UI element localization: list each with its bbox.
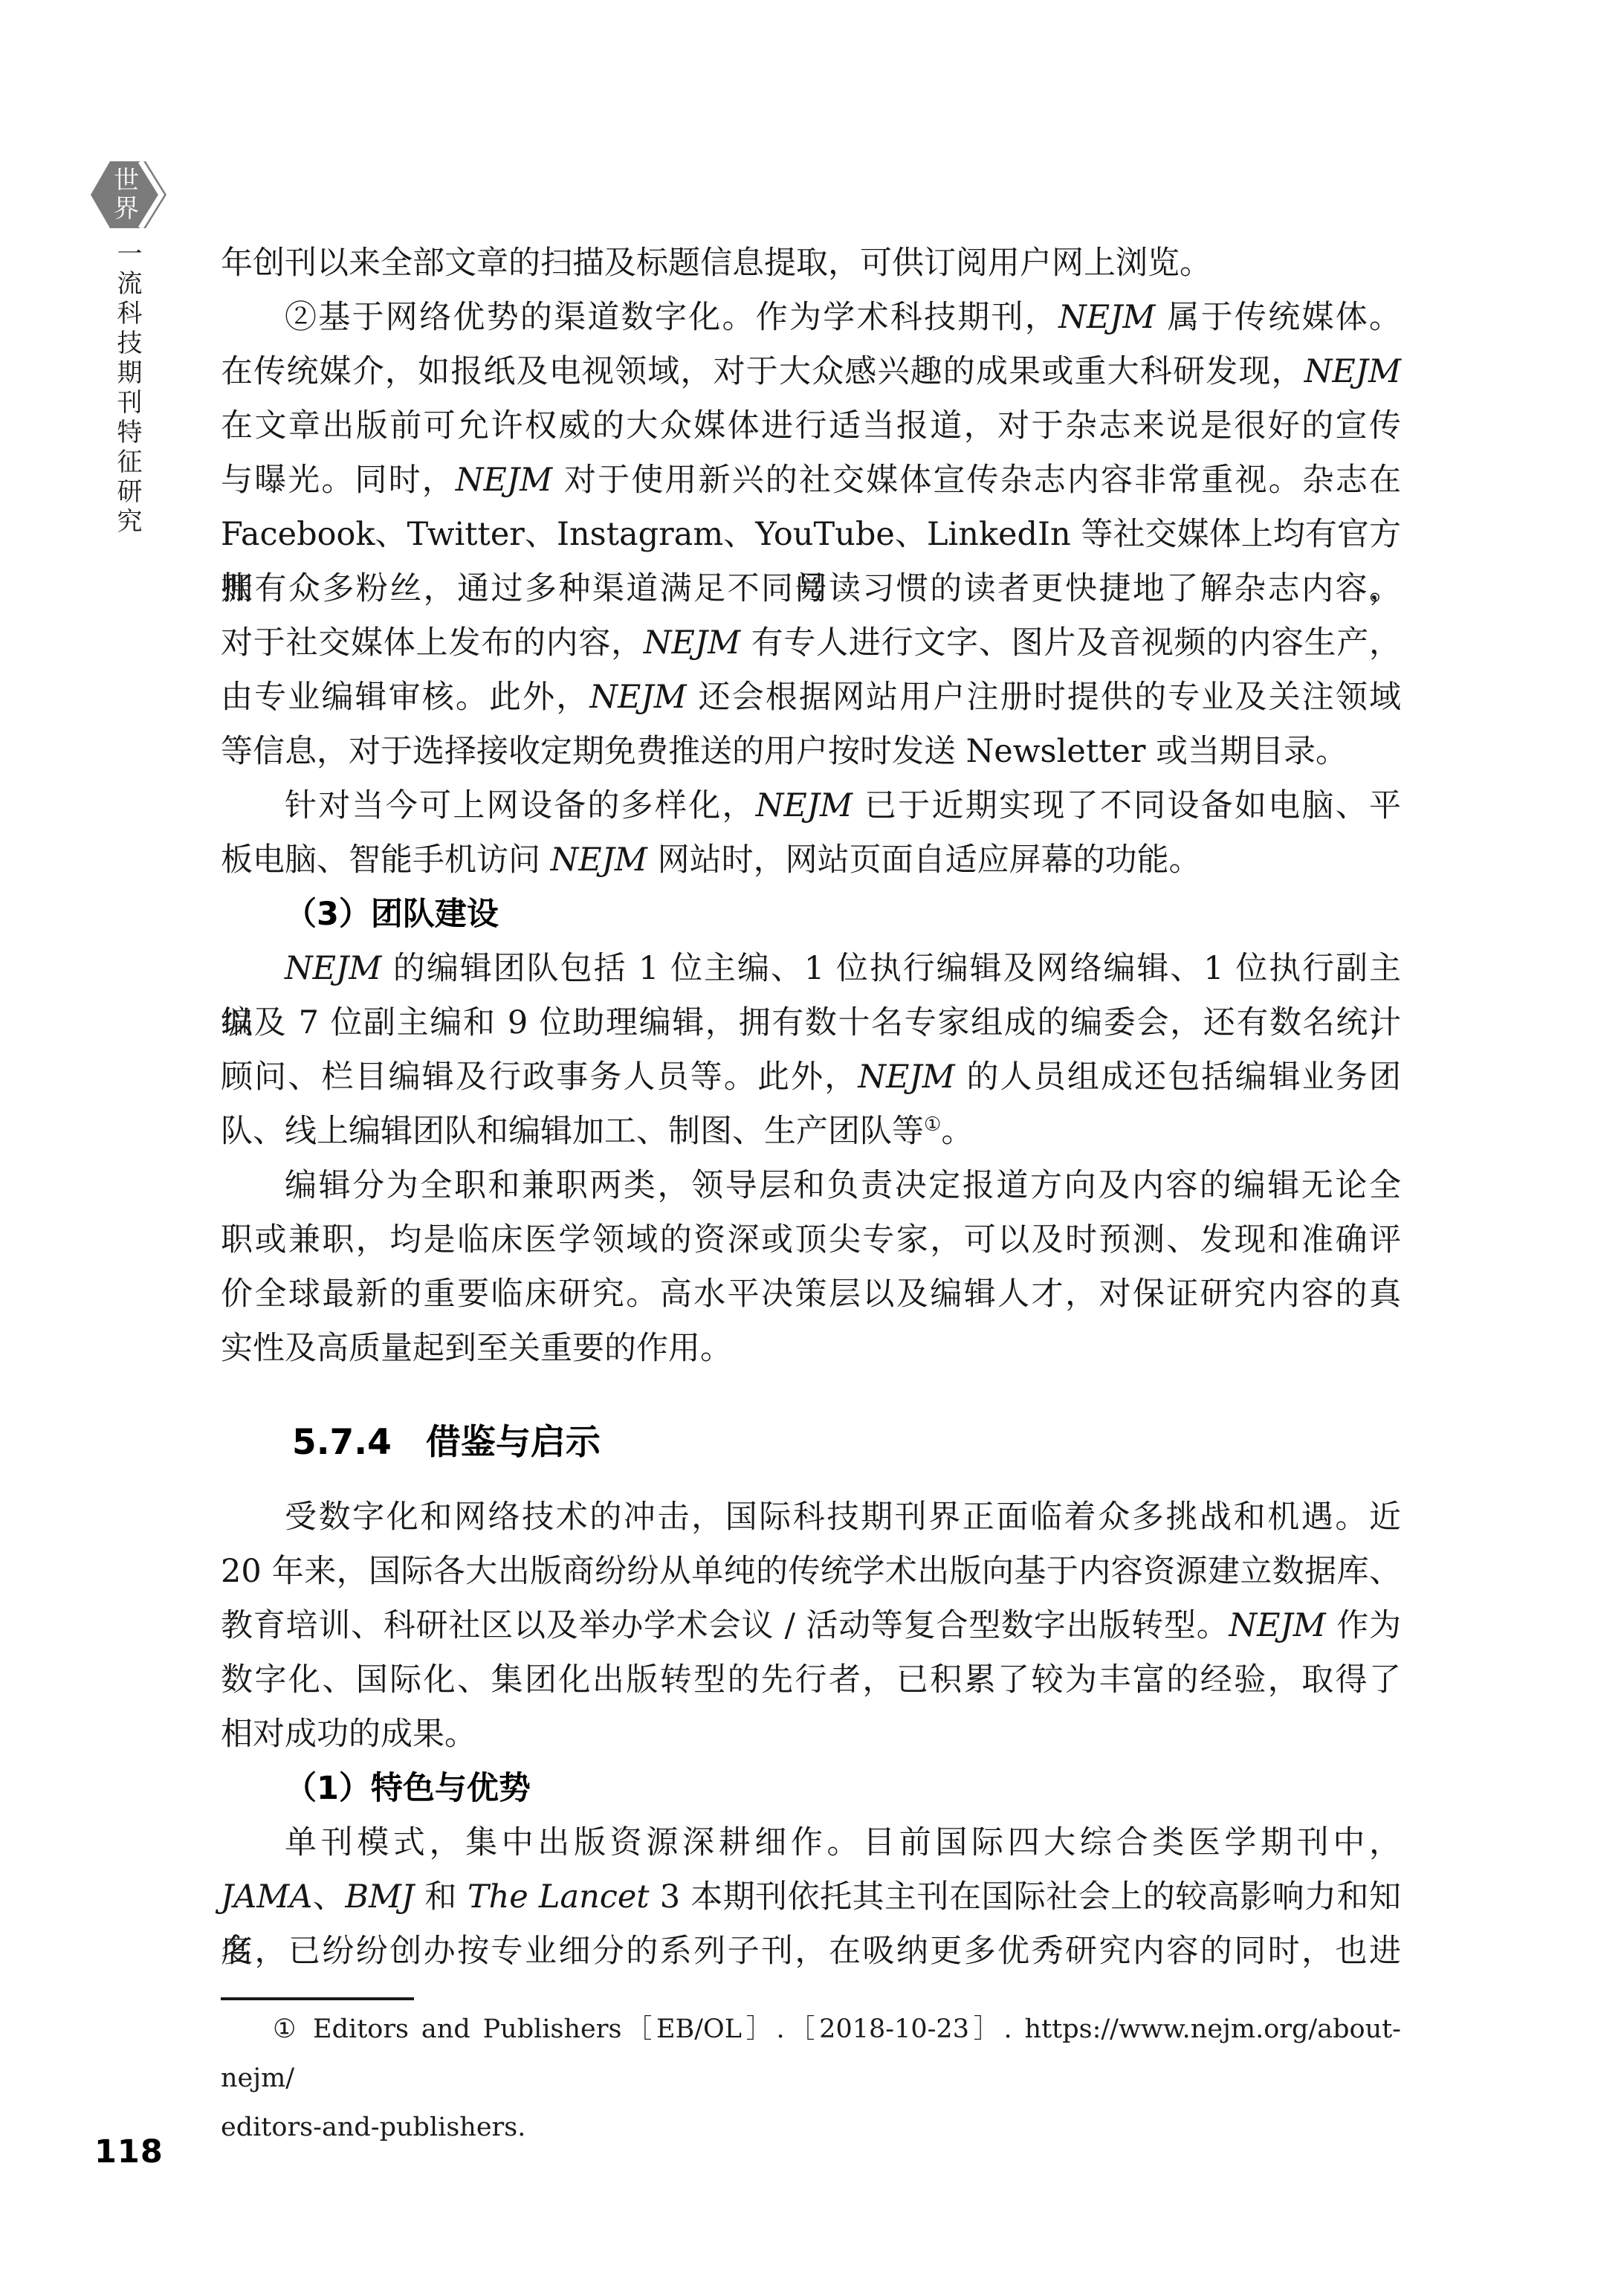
text-run: 对于社交媒体上发布的内容， [221,624,644,662]
text-run: 的人员组成还包括编辑业务团 [955,1058,1401,1096]
text-run: 受数字化和网络技术的冲击，国际科技期刊界正面临着众多挑战和机遇。近 [285,1499,1401,1536]
text-run: ②基于网络优势的渠道数字化。作为学术科技期刊， [285,299,1058,336]
text-line: 针对当今可上网设备的多样化，NEJM 已于近期实现了不同设备如电脑、平 [221,779,1401,833]
journal-title-italic: NEJM [589,679,686,716]
text-run: 针对当今可上网设备的多样化， [285,787,756,824]
text-run: 在文章出版前可允许权威的大众媒体进行适当报道，对于杂志来说是很好的宣传 [221,407,1401,445]
text-run: 以及 7 位副主编和 9 位助理编辑，拥有数十名专家组成的编委会，还有数名统计 [221,1004,1401,1041]
text-run: 网站时，网站页面自适应屏幕的功能。 [647,841,1201,879]
footnote-divider [221,1997,414,2000]
footnote-ref-mark: ① [924,1113,941,1136]
text-run: 、 [312,1878,345,1916]
text-line: 编辑分为全职和兼职两类，领导层和负责决定报道方向及内容的编辑无论全 [221,1159,1401,1213]
text-line: JAMA、BMJ 和 The Lancet 3 本期刊依托其主刊在国际社会上的较… [221,1870,1401,1924]
text-run: 属于传统媒体。 [1155,299,1401,336]
text-run: 板电脑、智能手机访问 [221,841,551,879]
journal-title-italic: NEJM [1304,353,1401,390]
text-line: 20 年来，国际各大出版商纷纷从单纯的传统学术出版向基于内容资源建立数据库、 [221,1545,1401,1599]
text-line: 以及 7 位副主编和 9 位助理编辑，拥有数十名专家组成的编委会，还有数名统计 [221,996,1401,1050]
page-body: 年创刊以来全部文章的扫描及标题信息提取，可供订阅用户网上浏览。②基于网络优势的渠… [221,236,1401,1979]
text-line: Facebook、Twitter、Instagram、YouTube、Linke… [221,508,1401,562]
text-run: 编辑分为全职和兼职两类，领导层和负责决定报道方向及内容的编辑无论全 [285,1167,1401,1204]
text-run: 队、线上编辑团队和编辑加工、制图、生产团队等 [221,1113,924,1150]
text-line: 实性及高质量起到至关重要的作用。 [221,1322,1401,1376]
text-run: 等信息，对于选择接收定期免费推送的用户按时发送 Newsletter 或当期目录… [221,733,1348,770]
text-run: 20 年来，国际各大出版商纷纷从单纯的传统学术出版向基于内容资源建立数据库、 [221,1553,1401,1590]
text-run: 由专业编辑审核。此外， [221,679,589,716]
text-line: 板电脑、智能手机访问 NEJM 网站时，网站页面自适应屏幕的功能。 [221,833,1401,888]
journal-title-italic: NEJM [644,624,740,662]
text-run: 度，已纷纷创办按专业细分的系列子刊，在吸纳更多优秀研究内容的同时，也进 [221,1933,1401,1970]
journal-title-italic: NEJM [285,950,381,987]
footnote-block: ① Editors and Publishers［EB/OL］.［2018-10… [221,2005,1401,2152]
text-line: 单刊模式，集中出版资源深耕细作。目前国际四大综合类医学期刊中， [221,1816,1401,1870]
text-run: 实性及高质量起到至关重要的作用。 [221,1330,732,1367]
text-line: 受数字化和网络技术的冲击，国际科技期刊界正面临着众多挑战和机遇。近 [221,1490,1401,1545]
text-line: 职或兼职，均是临床医学领域的资深或顶尖专家，可以及时预测、发现和准确评 [221,1213,1401,1267]
text-line: ②基于网络优势的渠道数字化。作为学术科技期刊，NEJM 属于传统媒体。 [221,291,1401,345]
hexagon-series-badge-icon: 世 界 [89,158,168,231]
text-run: 。 [941,1113,973,1150]
text-line: 对于社交媒体上发布的内容，NEJM 有专人进行文字、图片及音视频的内容生产， [221,616,1401,670]
text-run: 价全球最新的重要临床研究。高水平决策层以及编辑人才，对保证研究内容的真 [221,1276,1401,1313]
text-line: 相对成功的成果。 [221,1707,1401,1762]
text-line: 在传统媒介，如报纸及电视领域，对于大众感兴趣的成果或重大科研发现，NEJM [221,345,1401,399]
journal-title-italic: BMJ [345,1878,414,1916]
text-run: 与曝光。同时， [221,462,456,499]
text-run: 年创刊以来全部文章的扫描及标题信息提取，可供订阅用户网上浏览。 [221,245,1211,282]
text-line: 与曝光。同时，NEJM 对于使用新兴的社交媒体宣传杂志内容非常重视。杂志在 [221,453,1401,508]
badge-char-bottom: 界 [114,194,139,224]
text-run: 顾问、栏目编辑及行政事务人员等。此外， [221,1058,858,1096]
text-run: 有专人进行文字、图片及音视频的内容生产， [740,624,1401,662]
text-run: 职或兼职，均是临床医学领域的资深或顶尖专家，可以及时预测、发现和准确评 [221,1221,1401,1258]
badge-char-top: 世 [114,166,139,195]
text-run: （1）特色与优势 [285,1770,531,1807]
text-line: 年创刊以来全部文章的扫描及标题信息提取，可供订阅用户网上浏览。 [221,236,1401,291]
text-line: 度，已纷纷创办按专业细分的系列子刊，在吸纳更多优秀研究内容的同时，也进 [221,1924,1401,1979]
text-run: 拥有众多粉丝，通过多种渠道满足不同阅读习惯的读者更快捷地了解杂志内容。 [221,570,1401,607]
journal-title-italic: JAMA [221,1878,312,1916]
page-number: 118 [94,2133,164,2171]
series-title-vertical: 一流科技期刊特征研究 [109,240,146,537]
text-line: 拥有众多粉丝，通过多种渠道满足不同阅读习惯的读者更快捷地了解杂志内容。 [221,562,1401,616]
text-line: 教育培训、科研社区以及举办学术会议 / 活动等复合型数字出版转型。NEJM 作为 [221,1599,1401,1653]
text-run: 已于近期实现了不同设备如电脑、平 [853,787,1401,824]
text-run: 5.7.4 [292,1422,392,1463]
text-line: 数字化、国际化、集团化出版转型的先行者，已积累了较为丰富的经验，取得了 [221,1653,1401,1707]
journal-title-italic: NEJM [1229,1607,1326,1644]
text-line: 价全球最新的重要临床研究。高水平决策层以及编辑人才，对保证研究内容的真 [221,1267,1401,1322]
footnote-line: ① Editors and Publishers［EB/OL］.［2018-10… [221,2005,1401,2103]
text-line: 队、线上编辑团队和编辑加工、制图、生产团队等①。 [221,1105,1401,1159]
text-run: 对于使用新兴的社交媒体宣传杂志内容非常重视。杂志在 [552,462,1401,499]
journal-title-italic: NEJM [551,841,647,879]
text-run: 还会根据网站用户注册时提供的专业及关注领域 [687,679,1401,716]
journal-title-italic: The Lancet [468,1878,650,1916]
text-run: 单刊模式，集中出版资源深耕细作。目前国际四大综合类医学期刊中， [285,1824,1401,1861]
text-run: 相对成功的成果。 [221,1716,476,1753]
subsection-heading: （3）团队建设 [221,888,1401,942]
journal-title-italic: NEJM [456,462,552,499]
text-run: 教育培训、科研社区以及举办学术会议 / 活动等复合型数字出版转型。 [221,1607,1229,1644]
text-run: 借鉴与启示 [426,1422,601,1463]
text-line: 在文章出版前可允许权威的大众媒体进行适当报道，对于杂志来说是很好的宣传 [221,399,1401,453]
section-heading: 5.7.4借鉴与启示 [221,1376,1401,1490]
text-line: NEJM 的编辑团队包括 1 位主编、1 位执行编辑及网络编辑、1 位执行副主编… [221,942,1401,996]
journal-title-italic: NEJM [858,1058,954,1096]
text-line: 顾问、栏目编辑及行政事务人员等。此外，NEJM 的人员组成还包括编辑业务团 [221,1050,1401,1105]
journal-title-italic: NEJM [1058,299,1155,336]
text-run: 在传统媒介，如报纸及电视领域，对于大众感兴趣的成果或重大科研发现， [221,353,1304,390]
text-run: （3）团队建设 [285,896,499,933]
subsection-heading: （1）特色与优势 [221,1762,1401,1816]
text-run: 作为 [1326,1607,1401,1644]
text-line: 等信息，对于选择接收定期免费推送的用户按时发送 Newsletter 或当期目录… [221,725,1401,779]
text-line: 由专业编辑审核。此外，NEJM 还会根据网站用户注册时提供的专业及关注领域 [221,670,1401,725]
text-run: 数字化、国际化、集团化出版转型的先行者，已积累了较为丰富的经验，取得了 [221,1661,1401,1698]
book-page: 世 界 一流科技期刊特征研究 年创刊以来全部文章的扫描及标题信息提取，可供订阅用… [0,0,1624,2282]
text-run: 和 [414,1878,468,1916]
journal-title-italic: NEJM [756,787,853,824]
footnote-line: editors-and-publishers. [221,2103,1401,2152]
